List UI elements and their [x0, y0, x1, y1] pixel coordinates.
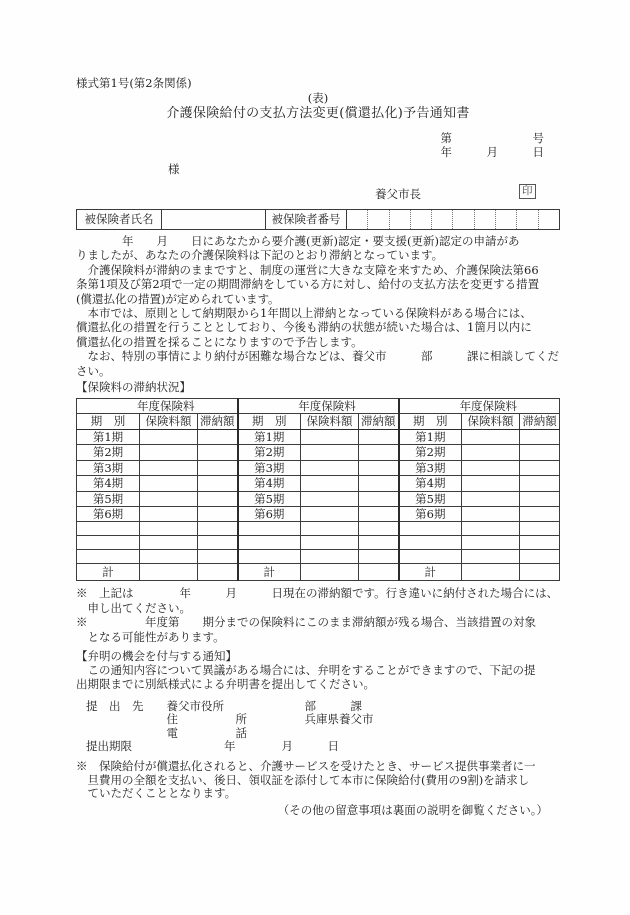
premium-amount-cell — [140, 476, 198, 491]
empty-row — [77, 550, 560, 564]
period-label-cell: 第1期 — [399, 429, 462, 444]
insured-number-digit-cell — [389, 210, 410, 229]
period-label-cell: 第2期 — [238, 445, 301, 460]
period-label-cell — [399, 522, 462, 536]
period-label-cell — [238, 522, 301, 536]
total-label-cell: 計 — [238, 564, 301, 581]
insured-person-row: 被保険者氏名 被保険者番号 — [76, 209, 560, 230]
total-label-cell: 計 — [77, 564, 140, 581]
period-label-cell: 第6期 — [77, 506, 140, 521]
period-column-header: 期 別 — [77, 414, 140, 429]
premium-amount-cell — [462, 506, 520, 521]
defense-line: 出期限までに別紙様式による弁明書を提出してください。 — [76, 677, 560, 691]
arrears-amount-cell — [359, 429, 399, 444]
submission-deadline-line: 提出期限 年 月 日 — [86, 740, 560, 754]
body-line: 償還払化の措置を行うこととしており、今後も滞納の状態が続いた場合は、1箇月以内に — [76, 320, 560, 334]
arrears-amount-cell — [520, 460, 560, 475]
insured-name-value — [162, 210, 266, 229]
premium-column-header: 保険料額 — [140, 414, 198, 429]
period-label-cell — [238, 536, 301, 550]
arrears-amount-cell — [359, 460, 399, 475]
period-label-cell — [77, 522, 140, 536]
premium-amount-cell — [462, 491, 520, 506]
arrears-amount-cell — [520, 506, 560, 521]
defense-line: この通知内容について異議がある場合には、弁明をすることができますので、下記の提 — [76, 663, 560, 677]
body-line: りましたが、あなたの介護保険料は下記のとおり滞納となっています。 — [76, 248, 560, 262]
issuer-row: 養父市長 印 — [76, 187, 560, 203]
insured-number-digit-cell — [410, 210, 431, 229]
arrears-amount-cell — [520, 564, 560, 581]
document-content: 様式第1号(第2条関係) (表) 介護保険給付の支払方法変更(償還払化)予告通知… — [76, 0, 560, 817]
premium-amount-cell — [140, 491, 198, 506]
period-label-cell: 第3期 — [238, 460, 301, 475]
arrears-amount-cell — [198, 460, 238, 475]
mayor-name: 養父市長 — [375, 187, 421, 201]
body-line: 本市では、原則として納期限から1年間以上滞納となっている保険料がある場合には、 — [76, 306, 560, 320]
premium-amount-cell — [301, 522, 359, 536]
period-label-cell: 第3期 — [77, 460, 140, 475]
premium-amount-cell — [140, 460, 198, 475]
document-title: 介護保険給付の支払方法変更(償還払化)予告通知書 — [76, 106, 560, 121]
arrears-amount-cell — [198, 536, 238, 550]
final-note-line: ていただくこととなります。 — [76, 787, 560, 801]
period-row: 第1期第1期第1期 — [77, 429, 560, 444]
period-label-cell: 第5期 — [77, 491, 140, 506]
premium-amount-cell — [301, 491, 359, 506]
arrears-amount-cell — [359, 522, 399, 536]
front-side-label: (表) — [76, 92, 560, 105]
insured-number-digit-cell — [347, 210, 367, 229]
addressee-suffix: 様 — [76, 162, 560, 176]
arrears-amount-cell — [359, 445, 399, 460]
premium-amount-cell — [140, 429, 198, 444]
form-number-label: 様式第1号(第2条関係) — [76, 77, 560, 90]
body-line: なお、特別の事情により納付が困難な場合などは、養父市 部 課に相談してくだ — [76, 349, 560, 363]
premium-amount-cell — [301, 550, 359, 564]
insured-name-label: 被保険者氏名 — [77, 210, 162, 229]
arrears-amount-cell — [359, 476, 399, 491]
premium-amount-cell — [462, 460, 520, 475]
premium-amount-cell — [301, 445, 359, 460]
final-note-block: ※ 保険給付が償還払化されると、介護サービスを受けたとき、サービス提供事業者に一… — [76, 760, 560, 801]
body-line: 償還払化の措置を採ることになりますので予告します。 — [76, 335, 560, 349]
premium-amount-cell — [462, 564, 520, 581]
premium-amount-cell — [462, 522, 520, 536]
arrears-amount-cell — [520, 536, 560, 550]
arrears-amount-cell — [198, 564, 238, 581]
insured-number-digit-cells — [347, 210, 559, 229]
final-note-line: ※ 保険給付が償還払化されると、介護サービスを受けたとき、サービス提供事業者に一 — [76, 760, 560, 774]
period-label-cell: 第4期 — [399, 476, 462, 491]
document-date-line: 年 月 日 — [76, 145, 560, 159]
arrears-amount-cell — [520, 429, 560, 444]
period-label-cell: 第1期 — [77, 429, 140, 444]
defense-body: この通知内容について異議がある場合には、弁明をすることができますので、下記の提 … — [76, 663, 560, 692]
body-line: (償還払化の措置)が定められています。 — [76, 292, 560, 306]
note-line: ※ 年度第 期分までの保険料にこのまま滞納額が残る場合、当該措置の対象 — [76, 615, 560, 629]
arrears-amount-cell — [198, 506, 238, 521]
period-label-cell — [77, 536, 140, 550]
period-row: 第6期第6期第6期 — [77, 506, 560, 521]
period-label-cell: 第5期 — [399, 491, 462, 506]
arrears-amount-cell — [520, 445, 560, 460]
premium-amount-cell — [140, 564, 198, 581]
insured-number-digit-cell — [516, 210, 537, 229]
total-row: 計計計 — [77, 564, 560, 581]
period-label-cell: 第2期 — [399, 445, 462, 460]
year-premium-header: 年度保険料 — [77, 399, 238, 414]
premium-amount-cell — [140, 550, 198, 564]
period-label-cell: 第2期 — [77, 445, 140, 460]
arrears-amount-cell — [359, 550, 399, 564]
period-column-header: 期 別 — [238, 414, 301, 429]
premium-amount-cell — [140, 506, 198, 521]
arrears-column-header: 滞納額 — [359, 414, 399, 429]
notes-block: ※ 上記は 年 月 日現在の滞納額です。行き違いに納付された場合には、 申し出て… — [76, 586, 560, 644]
notice-body: 年 月 日にあなたから要介護(更新)認定・要支援(更新)認定の申請があ りました… — [76, 234, 560, 378]
premium-amount-cell — [301, 536, 359, 550]
period-label-cell: 第4期 — [238, 476, 301, 491]
defense-section-heading: 【弁明の機会を付与する通知】 — [76, 649, 560, 663]
arrears-amount-cell — [359, 506, 399, 521]
year-header-row: 年度保険料 年度保険料 年度保険料 — [77, 399, 560, 414]
body-line: 年 月 日にあなたから要介護(更新)認定・要支援(更新)認定の申請があ — [76, 234, 560, 248]
premium-amount-cell — [301, 429, 359, 444]
period-row: 第5期第5期第5期 — [77, 491, 560, 506]
submission-phone-line: 電 話 — [86, 727, 560, 741]
insured-number-label: 被保険者番号 — [266, 210, 347, 229]
document-sheet: 様式第1号(第2条関係) (表) 介護保険給付の支払方法変更(償還払化)予告通知… — [0, 0, 630, 915]
period-column-header: 期 別 — [399, 414, 462, 429]
premium-amount-cell — [140, 536, 198, 550]
arrears-section-heading: 【保険料の滞納状況】 — [76, 380, 560, 394]
premium-column-header: 保険料額 — [462, 414, 520, 429]
period-label-cell — [77, 550, 140, 564]
period-label-cell — [399, 550, 462, 564]
note-line: となる可能性があります。 — [76, 630, 560, 644]
arrears-amount-cell — [359, 491, 399, 506]
period-row: 第4期第4期第4期 — [77, 476, 560, 491]
premium-amount-cell — [301, 460, 359, 475]
empty-row — [77, 536, 560, 550]
period-label-cell: 第3期 — [399, 460, 462, 475]
period-label-cell — [399, 536, 462, 550]
insured-number-digit-cell — [367, 210, 388, 229]
premium-amount-cell — [462, 536, 520, 550]
submission-block: 提 出 先 養父市役所 部 課 住 所 兵庫県養父市 電 話 提出期限 年 月 … — [76, 700, 560, 754]
period-label-cell: 第1期 — [238, 429, 301, 444]
arrears-column-header: 滞納額 — [520, 414, 560, 429]
year-premium-header: 年度保険料 — [399, 399, 560, 414]
arrears-amount-cell — [520, 522, 560, 536]
arrears-amount-cell — [359, 564, 399, 581]
period-label-cell — [238, 550, 301, 564]
period-label-cell: 第6期 — [399, 506, 462, 521]
period-label-cell: 第4期 — [77, 476, 140, 491]
column-header-row: 期 別 保険料額 滞納額 期 別 保険料額 滞納額 期 別 保険料額 滞納額 — [77, 414, 560, 429]
arrears-amount-cell — [520, 476, 560, 491]
arrears-table: 年度保険料 年度保険料 年度保険料 期 別 保険料額 滞納額 期 別 保険料額 … — [76, 398, 560, 581]
arrears-column-header: 滞納額 — [198, 414, 238, 429]
empty-row — [77, 522, 560, 536]
arrears-amount-cell — [198, 550, 238, 564]
arrears-amount-cell — [198, 429, 238, 444]
final-note-line: 旦費用の全額を支払い、後日、領収証を添付して本市に保険給付(費用の9割)を請求し — [76, 774, 560, 788]
period-label-cell: 第6期 — [238, 506, 301, 521]
insured-number-digit-cell — [452, 210, 473, 229]
arrears-amount-cell — [520, 550, 560, 564]
premium-amount-cell — [301, 506, 359, 521]
arrears-amount-cell — [359, 536, 399, 550]
period-label-cell: 第5期 — [238, 491, 301, 506]
premium-amount-cell — [462, 445, 520, 460]
body-line: 介護保険料が滞納のままですと、制度の運営に大きな支障を来すため、介護保険法第66 — [76, 263, 560, 277]
arrears-amount-cell — [198, 445, 238, 460]
premium-amount-cell — [462, 476, 520, 491]
premium-amount-cell — [140, 445, 198, 460]
arrears-amount-cell — [520, 491, 560, 506]
seal-stamp-icon: 印 — [519, 184, 536, 199]
body-line: 条第1項及び第2項で一定の期間滞納をしている方に対し、給付の支払方法を変更する措… — [76, 277, 560, 291]
body-line: さい。 — [76, 364, 560, 378]
total-label-cell: 計 — [399, 564, 462, 581]
note-line: 申し出てください。 — [76, 601, 560, 615]
arrears-amount-cell — [198, 476, 238, 491]
arrears-amount-cell — [198, 491, 238, 506]
note-line: ※ 上記は 年 月 日現在の滞納額です。行き違いに納付された場合には、 — [76, 586, 560, 600]
arrears-amount-cell — [198, 522, 238, 536]
insured-number-digit-cell — [495, 210, 516, 229]
premium-amount-cell — [301, 476, 359, 491]
submission-address-line: 住 所 兵庫県養父市 — [86, 713, 560, 727]
submission-destination-line: 提 出 先 養父市役所 部 課 — [86, 700, 560, 714]
period-row: 第2期第2期第2期 — [77, 445, 560, 460]
premium-amount-cell — [140, 522, 198, 536]
premium-amount-cell — [301, 564, 359, 581]
premium-column-header: 保険料額 — [301, 414, 359, 429]
document-number-line: 第 号 — [76, 131, 560, 145]
premium-amount-cell — [462, 550, 520, 564]
period-row: 第3期第3期第3期 — [77, 460, 560, 475]
insured-number-digit-cell — [538, 210, 559, 229]
year-premium-header: 年度保険料 — [238, 399, 399, 414]
insured-number-digit-cell — [474, 210, 495, 229]
closing-remark: （その他の留意事項は裏面の説明を御覧ください。） — [76, 803, 560, 817]
premium-amount-cell — [462, 429, 520, 444]
insured-number-digit-cell — [431, 210, 452, 229]
